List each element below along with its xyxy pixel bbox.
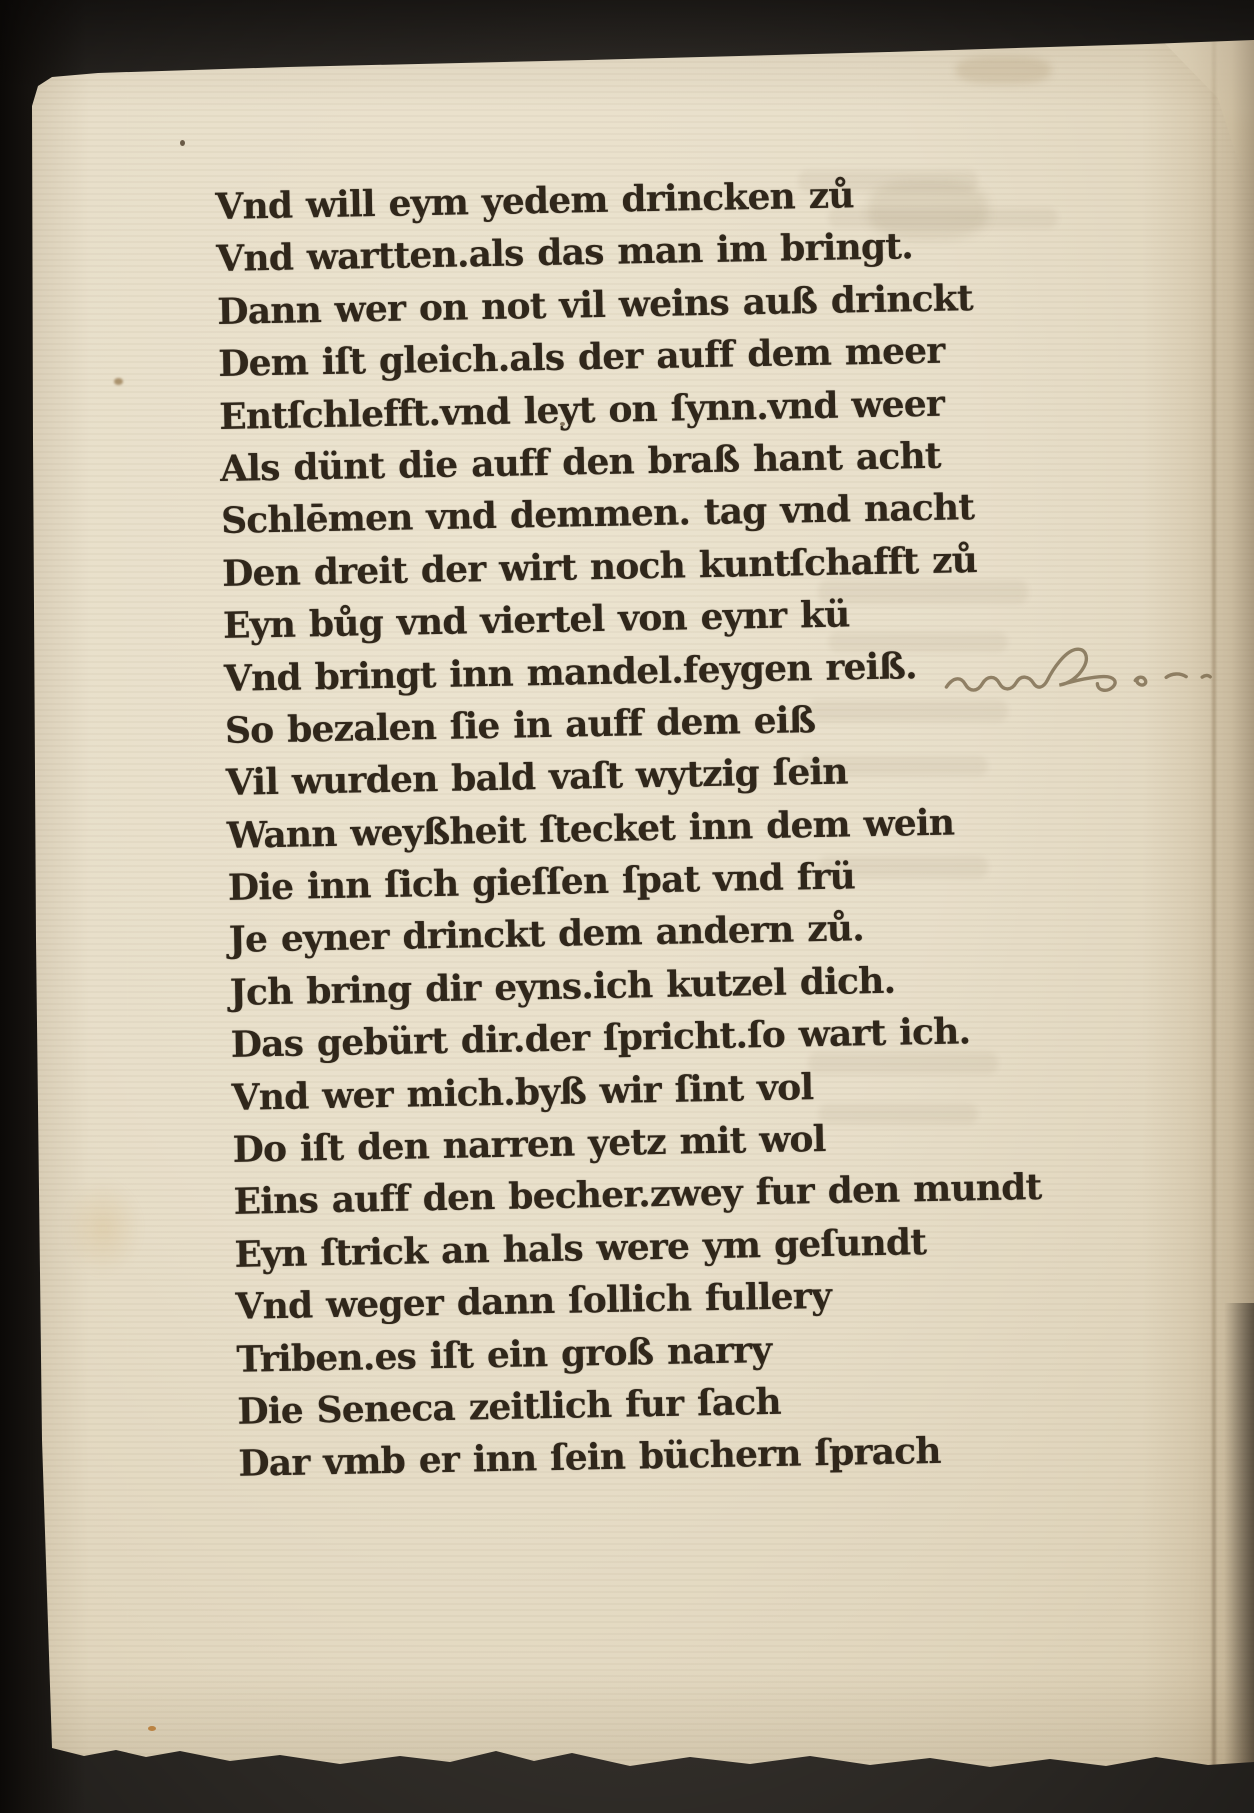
scanned-book-page-photo: Vnd will eym yedem drincken zů Vnd wartt…: [0, 0, 1254, 1813]
handwritten-annotation: [939, 631, 1241, 715]
verse-text-block: Vnd will eym yedem drincken zů Vnd wartt…: [215, 170, 1119, 1496]
book-page: Vnd will eym yedem drincken zů Vnd wartt…: [28, 40, 1254, 1773]
fore-edge-bottom-shadow: [1224, 1303, 1254, 1773]
stain-spot: [148, 1726, 156, 1731]
stain-spot: [64, 1180, 142, 1276]
stain-spot: [180, 140, 185, 146]
stain-spot: [956, 56, 1051, 84]
fore-edge-crease: [1212, 40, 1216, 1773]
stain-spot: [114, 378, 123, 385]
